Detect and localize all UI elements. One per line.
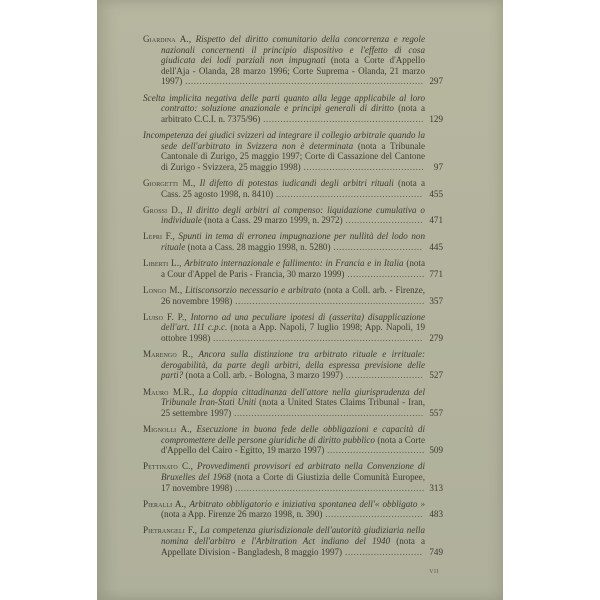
entry-note: (nota a Cass. 28 maggio 1998, n. 5280) (188, 242, 331, 252)
entry-page-number: 455 (411, 189, 443, 200)
dot-leader: .................................. (324, 445, 425, 455)
toc-entry: Giorgetti M., Il difetto di potestas iud… (143, 178, 443, 199)
entry-author: Grossi D., (143, 205, 183, 215)
toc-entry: Scelta implicita negativa delle parti qu… (143, 93, 443, 125)
entry-page-number: 509 (411, 445, 443, 456)
entry-author: Pieralli A., (143, 499, 186, 509)
entry-page-number: 313 (411, 483, 443, 494)
entry-page-number: 471 (411, 215, 443, 226)
toc-entry-text: Marengo R., Ancora sulla distinzione tra… (143, 349, 425, 381)
dot-leader: ........................................… (301, 162, 425, 172)
dot-leader: ........................................… (231, 408, 424, 418)
entry-page-number: 445 (411, 242, 443, 253)
entry-note: (nota a Coll. arb. - Bologna, 3 marzo 19… (186, 370, 343, 380)
toc-entry: Liberti L., Arbitrato internazionale e f… (143, 258, 443, 279)
entry-title: Il difetto di potestas iudicandi degli a… (200, 178, 394, 188)
entry-note: (nota a Cass. 29 marzo 1999, n. 2972) (204, 215, 342, 225)
entry-page-number: 771 (411, 269, 443, 280)
entry-page-number: 279 (411, 333, 443, 344)
toc-entry-text: Mignolli A., Esecuzione in buona fede de… (143, 424, 425, 456)
entry-author: Pettinato C., (143, 461, 193, 471)
toc-entry-text: Giardina A., Rispetto del diritto comuni… (143, 34, 425, 87)
toc-entry: Luiso F. P., Intorno ad una peculiare ip… (143, 312, 443, 344)
toc-entry-text: Luiso F. P., Intorno ad una peculiare ip… (143, 312, 425, 344)
toc-entry-text: Lepri F., Spunti in tema di erronea impu… (143, 231, 425, 252)
entry-author: Giorgetti M., (143, 178, 195, 188)
entry-title: Arbitrato internazionale e fallimento: i… (184, 258, 403, 268)
entry-title: Scelta implicita negativa delle parti qu… (143, 93, 425, 114)
toc-entry: Incompetenza dei giudici svizzeri ad int… (143, 130, 443, 172)
toc-entry: Lepri F., Spunti in tema di erronea impu… (143, 231, 443, 252)
entry-page-number: 557 (411, 408, 443, 419)
toc-entry-text: Pettinato C., Provvedimenti provvisori e… (143, 461, 425, 493)
entry-author: Marengo R., (143, 349, 193, 359)
toc-entry-text: Scelta implicita negativa delle parti qu… (143, 93, 425, 125)
dot-leader: ........................................… (232, 296, 425, 306)
entry-author: Luiso F. P., (143, 312, 187, 322)
book-page: Giardina A., Rispetto del diritto comuni… (97, 0, 503, 600)
entry-page-number: 483 (411, 509, 443, 520)
entry-page-number: 97 (411, 162, 443, 173)
toc-entry-text: Longo M., Litisconsorzio necessario e ar… (143, 285, 425, 306)
entry-note: (nota a App. Firenze 26 marzo 1998, n. 3… (161, 509, 322, 519)
table-of-contents: Giardina A., Rispetto del diritto comuni… (143, 34, 443, 563)
entry-page-number: 129 (411, 114, 443, 125)
dot-leader: ........................................… (210, 333, 423, 343)
toc-entry: Pieralli A., Arbitrato obbligatorio e in… (143, 499, 443, 520)
dot-leader: .................................. (322, 509, 423, 519)
toc-entry-text: Mauro M.R., La doppia cittadinanza dell'… (143, 387, 425, 419)
dot-leader: ........................................… (273, 189, 422, 199)
dot-leader: ............................... (331, 242, 423, 252)
toc-entry-text: Incompetenza dei giudici svizzeri ad int… (143, 130, 425, 172)
toc-entry: Giardina A., Rispetto del diritto comuni… (143, 34, 443, 87)
toc-entry-text: Pietrangeli F., La competenza giurisdizi… (143, 525, 425, 557)
entry-page-number: 357 (411, 296, 443, 307)
toc-entry: Pettinato C., Provvedimenti provvisori e… (143, 461, 443, 493)
entry-title: Arbitrato obbligatorio e iniziativa spon… (189, 499, 425, 509)
toc-entry-text: Pieralli A., Arbitrato obbligatorio e in… (143, 499, 425, 520)
toc-entry: Mignolli A., Esecuzione in buona fede de… (143, 424, 443, 456)
toc-entry: Longo M., Litisconsorzio necessario e ar… (143, 285, 443, 306)
toc-entry-text: Giorgetti M., Il difetto di potestas iud… (143, 178, 425, 199)
entry-page-number: 297 (411, 76, 443, 87)
entry-author: Mauro M.R., (143, 387, 194, 397)
entry-page-number: 749 (411, 547, 443, 558)
entry-page-number: 527 (411, 370, 443, 381)
entry-author: Longo M., (143, 285, 182, 295)
dot-leader: ........................................… (232, 483, 425, 493)
toc-entry-text: Liberti L., Arbitrato internazionale e f… (143, 258, 425, 279)
toc-entry: Marengo R., Ancora sulla distinzione tra… (143, 349, 443, 381)
toc-entry: Grossi D., Il diritto degli arbitri al c… (143, 205, 443, 226)
toc-entry-text: Grossi D., Il diritto degli arbitri al c… (143, 205, 425, 226)
toc-entry: Pietrangeli F., La competenza giurisdizi… (143, 525, 443, 557)
toc-entry: Mauro M.R., La doppia cittadinanza dell'… (143, 387, 443, 419)
entry-author: Liberti L., (143, 258, 181, 268)
dot-leader: ........................................… (260, 114, 424, 124)
entry-author: Giardina A., (143, 34, 191, 44)
entry-title: Litisconsorzio necessario e arbitrato (185, 285, 321, 295)
entry-author: Mignolli A., (143, 424, 192, 434)
page-folio: VII (397, 569, 439, 575)
entry-title: La competenza giurisdizionale dell'autor… (161, 525, 425, 546)
entry-author: Pietrangeli F., (143, 525, 197, 535)
dot-leader: ........................................… (182, 76, 423, 86)
entry-author: Lepri F., (143, 231, 175, 241)
